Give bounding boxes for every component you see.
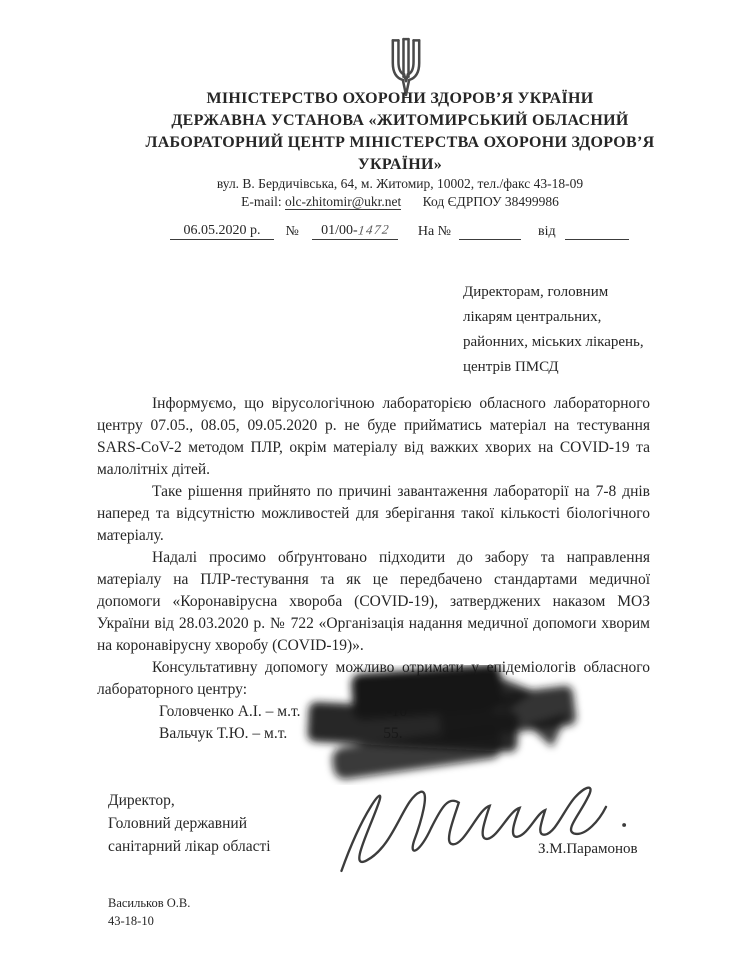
handwritten-signature <box>318 766 638 884</box>
signer-title-line-1: Директор, <box>108 789 338 812</box>
org-name-block: МІНІСТЕРСТВО ОХОРОНИ ЗДОРОВ’Я УКРАЇНИ ДЕ… <box>66 88 734 176</box>
addressee-line-4: центрів ПМСД <box>463 355 693 380</box>
letter-number: 01/00-1472 <box>312 222 398 240</box>
executor-block: Васильков О.В. 43-18-10 <box>108 894 308 930</box>
body-paragraph-1: Інформуємо, що вірусологічною лабораторі… <box>97 393 650 481</box>
on-number-blank <box>459 223 521 240</box>
body-paragraph-2: Таке рішення прийнято по причині заванта… <box>97 481 650 547</box>
addressee-line-3: районних, міських лікарень, <box>463 330 693 355</box>
addressee-line-1: Директорам, головним <box>463 280 693 305</box>
email-address: olc-zhitomir@ukr.net <box>285 194 401 210</box>
scanned-letter-page: МІНІСТЕРСТВО ОХОРОНИ ЗДОРОВ’Я УКРАЇНИ ДЕ… <box>0 0 742 960</box>
email-label: E-mail: <box>241 194 282 209</box>
org-address-line: вул. В. Бердичівська, 64, м. Житомир, 10… <box>66 175 734 193</box>
letter-number-handwritten: 1472 <box>357 221 391 238</box>
on-number-label: На № <box>418 224 451 240</box>
reference-line: 06.05.2020 р. № 01/00-1472 На № від <box>170 222 670 246</box>
number-label: № <box>286 224 299 240</box>
body-paragraph-3: Надалі просимо обґрунтовано підходити до… <box>97 547 650 657</box>
signer-title-block: Директор, Головний державний санітарний … <box>108 789 338 858</box>
contact-2-name: Вальчук Т.Ю. – м.т. <box>159 725 287 742</box>
from-blank <box>565 223 629 240</box>
edrpou-code: Код ЄДРПОУ 38499986 <box>423 194 559 209</box>
signer-title-line-2: Головний державний <box>108 812 338 835</box>
letter-date: 06.05.2020 р. <box>170 223 274 240</box>
executor-name: Васильков О.В. <box>108 894 308 912</box>
email-edrpou-line: E-mail: olc-zhitomir@ukr.net Код ЄДРПОУ … <box>66 193 734 211</box>
executor-phone: 43-18-10 <box>108 912 308 930</box>
org-line-4: УКРАЇНИ» <box>66 154 734 176</box>
org-line-3: ЛАБОРАТОРНИЙ ЦЕНТР МІНІСТЕРСТВА ОХОРОНИ … <box>66 132 734 154</box>
addressee-line-2: лікарям центральних, <box>463 305 693 330</box>
addressee-block: Директорам, головним лікарям центральних… <box>463 280 693 380</box>
from-label: від <box>538 224 556 240</box>
letter-number-printed: 01/00- <box>321 223 358 238</box>
contact-1-name: Головченко А.І. – м.т. <box>159 703 300 720</box>
signer-title-line-3: санітарний лікар області <box>108 835 338 858</box>
org-line-1: МІНІСТЕРСТВО ОХОРОНИ ЗДОРОВ’Я УКРАЇНИ <box>66 88 734 110</box>
signer-name: З.М.Парамонов <box>538 841 638 858</box>
org-line-2: ДЕРЖАВНА УСТАНОВА «ЖИТОМИРСЬКИЙ ОБЛАСНИЙ <box>66 110 734 132</box>
